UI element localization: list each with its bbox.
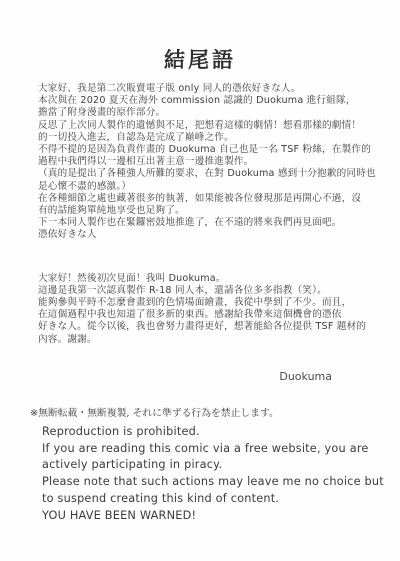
afterword-line: 是心懷不盡的感激。）: [38, 181, 370, 193]
artist-afterword: 大家好！然後初次見面！我叫 Duokuma。 這邊是我第一次認真製作 R-18 …: [38, 273, 370, 346]
afterword-line: 本次與在 2020 夏天在海外 commission 認識的 Duokuma 進…: [38, 95, 370, 107]
afterword-line: （真的是提出了各種強人所難的要求，在對 Duokuma 感到十分抱歉的同時也: [38, 168, 370, 180]
afterword-line: 大家好！然後初次見面！我叫 Duokuma。: [38, 273, 370, 285]
afterword-line: 擔當了附身漫畫的原作部分。: [38, 107, 370, 119]
afterword-line: 有的話能夠單純地享受也足夠了。: [38, 205, 370, 217]
afterword-line: 的一切投入進去，自認為是完成了巔峰之作。: [38, 132, 370, 144]
afterword-line: 大家好、我是第二次販賣電子版 only 同人的憑依好きな人。: [38, 83, 370, 95]
afterword-line: 過程中我們得以一邊相互出著主意一邊推進製作。: [38, 156, 370, 168]
afterword-line: 下一本同人製作也在緊鑼密鼓地推進了，在不遠的將來我們再見面吧。: [38, 217, 370, 229]
copyright-en-line: actively participating in piracy.: [42, 457, 380, 474]
copyright-en-block: Reproduction is prohibited. If you are r…: [42, 424, 380, 525]
author-signature: 憑依好きな人: [38, 229, 370, 241]
copyright-jp-line: ※無断転載・無断複製, それに準ずる行為を禁止します。: [30, 407, 380, 421]
copyright-en-line: to suspend creating this kind of content…: [42, 491, 380, 508]
afterword-line: 內容。謝謝。: [38, 334, 370, 346]
page-title: 結尾語: [0, 0, 400, 74]
afterword-line: 不得不提的是因為負責作畫的 Duokuma 自己也是一名 TSF 粉絲，在製作的: [38, 144, 370, 156]
afterword-line: 在各種細節之處也藏著很多的執著，如果能被各位發現那是再開心不過，沒: [38, 193, 370, 205]
copyright-notice: ※無断転載・無断複製, それに準ずる行為を禁止します。 Reproduction…: [30, 407, 380, 525]
afterword-line: 能夠參與平時不怎麼會畫到的色情場面繪畫，我從中學到了不少。而且，: [38, 297, 370, 309]
copyright-en-line: Please note that such actions may leave …: [42, 474, 380, 491]
afterword-line: 好きな人。從今以後，我也會努力畫得更好，想著能給各位提供 TSF 題材的: [38, 321, 370, 333]
copyright-en-line: If you are reading this comic via a free…: [42, 441, 380, 458]
afterword-page: 結尾語 大家好、我是第二次販賣電子版 only 同人的憑依好きな人。 本次與在 …: [0, 0, 400, 561]
author-afterword: 大家好、我是第二次販賣電子版 only 同人的憑依好きな人。 本次與在 2020…: [38, 83, 370, 242]
copyright-en-line: YOU HAVE BEEN WARNED!: [42, 508, 380, 525]
copyright-en-line: Reproduction is prohibited.: [42, 424, 380, 441]
afterword-line: 反思了上次同人製作的遺憾與不足，把想看這樣的劇情！想看那樣的劇情！: [38, 120, 370, 132]
artist-signature: Duokuma: [0, 370, 400, 383]
afterword-line: 這邊是我第一次認真製作 R-18 同人本，還請各位多多指教（笑）。: [38, 285, 370, 297]
afterword-line: 在這個過程中我也知道了很多新的東西。感謝給我帶來這個機會的憑依: [38, 309, 370, 321]
